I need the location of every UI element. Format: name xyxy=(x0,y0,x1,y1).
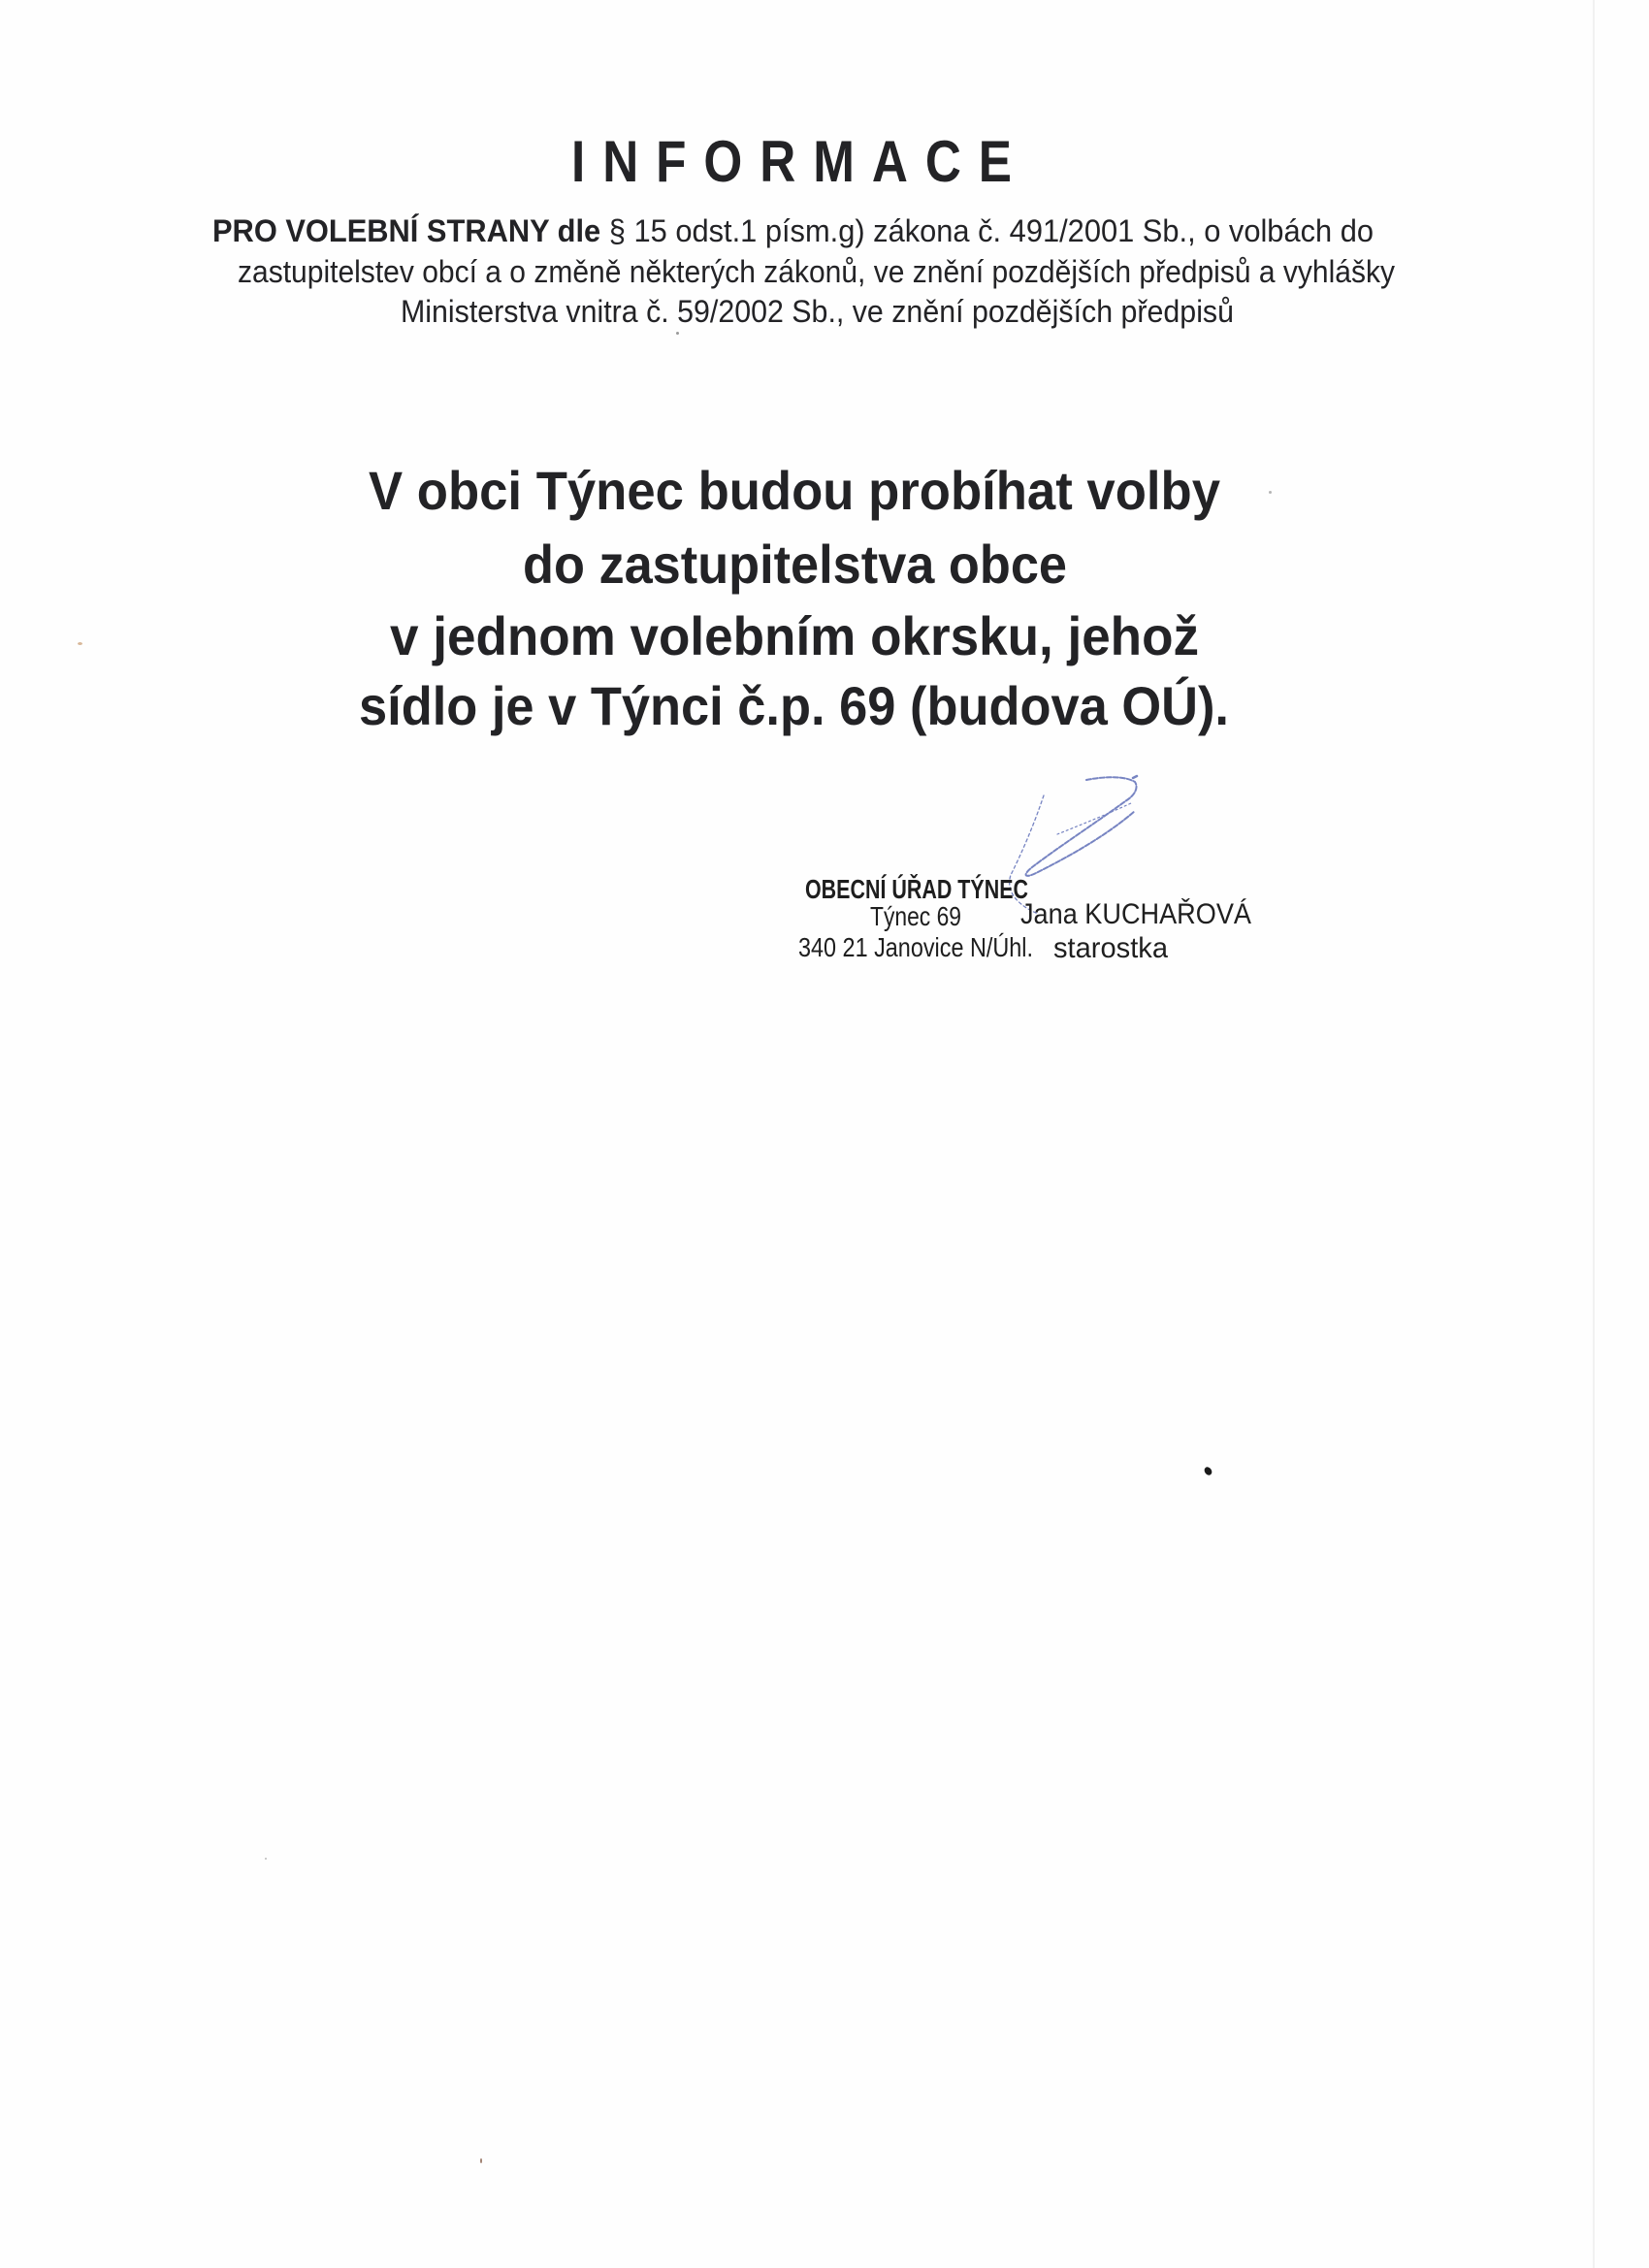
subtitle-line-1: PRO VOLEBNÍ STRANY dle § 15 odst.1 písm.… xyxy=(212,215,1418,246)
scan-speck xyxy=(265,1858,267,1860)
scan-speck xyxy=(1203,1466,1213,1476)
scan-speck xyxy=(480,2158,482,2163)
subtitle-legal-ref: § 15 odst.1 písm.g) zákona č. 491/2001 S… xyxy=(600,213,1374,248)
document-title: INFORMACE xyxy=(571,133,1107,191)
stamp-address-line-1: Týnec 69 xyxy=(870,903,982,930)
announcement-line-2: do zastupitelstva obce xyxy=(523,537,1106,592)
subtitle-bold: PRO VOLEBNÍ STRANY dle xyxy=(212,213,600,248)
announcement-line-4: sídlo je v Týnci č.p. 69 (budova OÚ). xyxy=(359,679,1288,733)
scan-speck xyxy=(676,332,679,335)
announcement-line-3: v jednom volebním okrsku, jehož xyxy=(390,609,1245,664)
signatory-role: starostka xyxy=(1053,934,1172,963)
signatory-name: Jana KUCHAŘOVÁ xyxy=(1020,900,1276,929)
document-page: INFORMACE PRO VOLEBNÍ STRANY dle § 15 od… xyxy=(0,0,1649,2268)
scan-speck xyxy=(78,642,82,645)
subtitle-line-3: Ministerstva vnitra č. 59/2002 Sb., ve z… xyxy=(401,296,1278,327)
scan-edge-line xyxy=(1593,0,1595,2268)
stamp-address-line-2: 340 21 Janovice N/Úhl. xyxy=(798,934,1080,961)
announcement-line-1: V obci Týnec budou probíhat volby xyxy=(369,464,1274,518)
subtitle-line-2: zastupitelstev obcí a o změně některých … xyxy=(238,256,1471,287)
